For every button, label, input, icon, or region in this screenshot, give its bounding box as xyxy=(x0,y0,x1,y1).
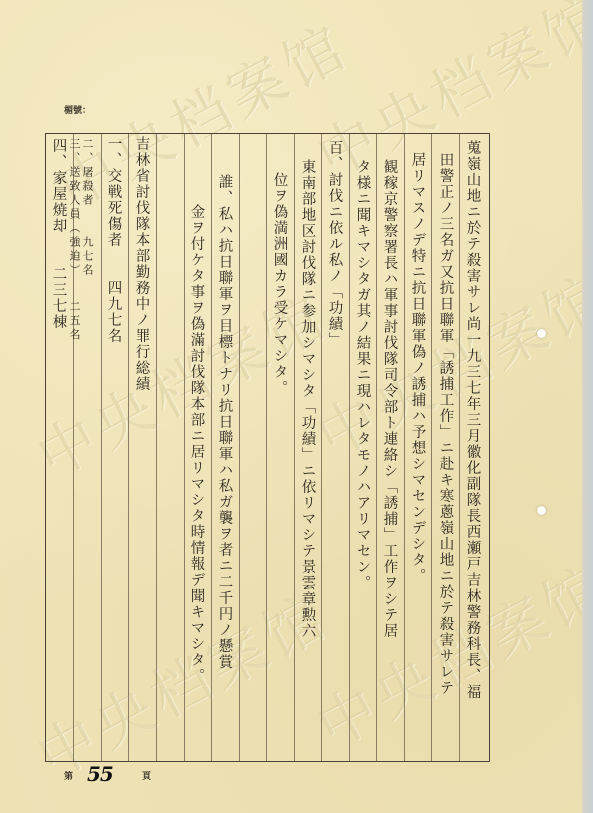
column-rule xyxy=(431,134,432,761)
page-prefix: 第 xyxy=(64,769,73,782)
column-rule xyxy=(101,134,102,761)
scan-edge xyxy=(582,0,593,813)
column-rule xyxy=(459,134,460,761)
text-column: 誰、私ハ抗日聯軍ヲ目標トナリ抗日聯軍ハ私ガ襲ヲ者ニ二千円ノ懸賞 xyxy=(217,174,232,670)
tally-row: 二、屠殺者 九七名 xyxy=(82,138,93,278)
tally-row: 三、送致人員（強迫） 二五名 xyxy=(69,138,80,343)
text-column: 居リマスノデ特ニ抗日聯軍偽ノ誘捕ハ予想シマセンデシタ。 xyxy=(410,152,425,584)
text-column: タ様ニ聞キマシタガ其ノ結果ニ現ハレタモノハアリマセン。 xyxy=(355,159,370,591)
page-suffix: 頁 xyxy=(142,769,151,782)
manuscript-grid: 蒐嶺山地ニ於テ殺害サレ尚一九三七年三月徽化副隊長西瀬戸吉林警務科長、福 田警正ノ… xyxy=(45,133,490,762)
column-rule xyxy=(266,134,267,761)
column-rule xyxy=(211,134,212,761)
column-rule xyxy=(239,134,240,761)
page-number: 55 xyxy=(87,762,113,786)
section-heading: 吉林省討伐隊本部勤務中ノ罪行総績 xyxy=(134,136,149,392)
column-rule xyxy=(376,134,377,761)
file-number-label: 楣號： xyxy=(64,103,91,116)
text-column: 位ヲ偽満洲國カラ受ケマシタ。 xyxy=(272,172,287,396)
text-column: 蒐嶺山地ニ於テ殺害サレ尚一九三七年三月徽化副隊長西瀬戸吉林警務科長、福 xyxy=(465,140,480,700)
column-rule xyxy=(321,134,322,761)
punch-hole xyxy=(537,329,546,338)
text-column: 東南部地区討伐隊ニ参加シマシタ「功績」ニ依リマシテ景雲章勲六 xyxy=(300,159,315,639)
column-rule xyxy=(128,134,129,761)
column-rule xyxy=(349,134,350,761)
document-page: 中央档案馆 中央档案馆 中央档案馆 中央档案馆 中央档案馆 中央档案馆 楣號： … xyxy=(0,0,582,813)
column-rule xyxy=(184,134,185,761)
column-rule xyxy=(404,134,405,761)
punch-hole xyxy=(537,506,546,515)
text-column: 田警正ノ三名ガ又抗日聯軍「誘捕工作」ニ赴キ寒蔥嶺山地ニ於テ殺害サレテ xyxy=(438,152,453,696)
section-heading: 百、討伐ニ依ル私ノ「功績」 xyxy=(327,140,342,348)
column-rule xyxy=(156,134,157,761)
tally-row: 四、家屋焼却 二三七棟 xyxy=(51,138,66,330)
tally-row: 一、交戦死傷者 四九七名 xyxy=(106,136,121,344)
text-column: 観稼京警察署長ハ軍事討伐隊司令部ト連絡シ「誘捕」工作ヲシテ居 xyxy=(382,159,397,639)
column-rule xyxy=(294,134,295,761)
text-column: 金ヲ付ケタ事ヲ偽滿討伐隊本部ニ居リマシタ時情報デ聞キマシタ。 xyxy=(189,204,204,684)
